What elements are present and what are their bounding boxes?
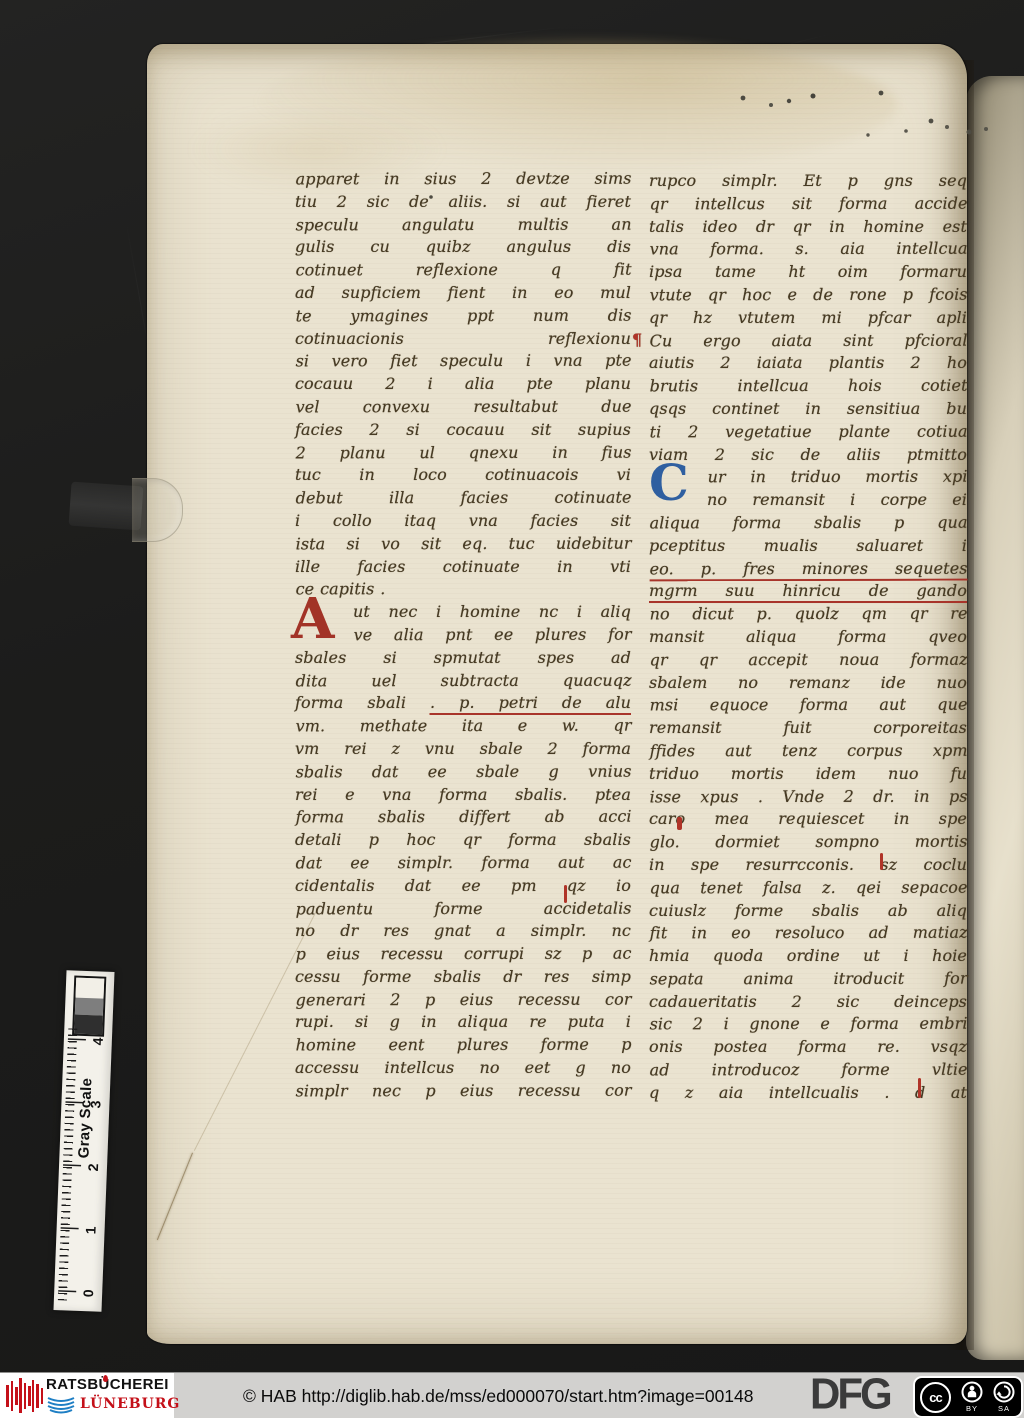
manuscript-line: pceptitus mualis saluaret i <box>649 535 967 558</box>
manuscript-line: vel convexu resultabut due <box>296 396 632 420</box>
ruler-tick-1: 1 <box>82 1222 99 1239</box>
ruler-tick-2: 2 <box>85 1159 102 1176</box>
manuscript-line: qr qr accepit noua formaz <box>650 648 968 671</box>
ruler-tick-4: 4 <box>90 1033 107 1050</box>
rubrication-mark <box>677 817 682 830</box>
manuscript-line: cadaueritatis 2 sic deinceps <box>649 991 967 1014</box>
cc-sa-label: SA <box>998 1404 1010 1413</box>
copyright-url: © HAB http://diglib.hab.de/mss/ed000070/… <box>243 1373 754 1418</box>
manuscript-line: ur in triduo mortis xpi <box>650 466 968 489</box>
rubrication-mark <box>564 885 567 903</box>
cc-by-person-icon <box>961 1381 983 1403</box>
umlaut-drop-icon <box>103 1375 108 1382</box>
manuscript-line: aiutis 2 iaiata plantis 2 ho <box>649 352 967 375</box>
manuscript-line: cotinuacionis reflexionu <box>295 328 631 351</box>
manuscript-line: ve alia pnt ee plures for <box>296 624 632 648</box>
manuscript-line: no dr res gnat a simplr. nc <box>295 920 631 943</box>
gray-patch-light <box>75 978 104 999</box>
manuscript-line: brutis intellcua hois cotiet <box>650 375 968 398</box>
manuscript-line: fit in eo resoluco ad matiaz <box>650 922 968 945</box>
rubrication-mark <box>918 1078 921 1098</box>
page-holder-clip <box>70 470 184 550</box>
manuscript-line: no dicut p. quolz qm qr re <box>650 603 968 626</box>
manuscript-line: simplr nec p eius recessu cor <box>296 1080 632 1104</box>
manuscript-line: vna forma. s. aia intellcua <box>650 238 968 261</box>
book-icon <box>46 1395 76 1415</box>
manuscript-page: A apparet in sius 2 devtze simstiu 2 sic… <box>147 44 967 1344</box>
text-column-right: C ¶ rupco simplr. Et p gns seqqr intellc… <box>649 170 967 1105</box>
manuscript-scan-photo: A apparet in sius 2 devtze simstiu 2 sic… <box>0 0 1024 1418</box>
manuscript-line: i collo itaq vna facies sit <box>295 510 631 533</box>
ink-specks <box>147 44 149 46</box>
manuscript-line: sic 2 i gnone e forma embri <box>650 1013 968 1036</box>
manuscript-line: ffides aut tenz corpus xpm <box>650 740 968 763</box>
manuscript-line: sbalem no remanz ide nuo <box>649 672 967 695</box>
clip-head <box>132 478 183 542</box>
manuscript-line: triduo mortis idem nuo fu <box>649 763 967 786</box>
cc-by-label: BY <box>966 1404 978 1413</box>
manuscript-line: ista si vo sit eq. tuc uidebitur <box>296 532 632 556</box>
manuscript-line: glo. dormiet sompno mortis <box>650 831 968 854</box>
manuscript-line: homine eent plures forme p <box>296 1034 632 1058</box>
rubrication-mark <box>880 853 883 870</box>
manuscript-line: qua tenet falsa z. qei sepacoe <box>650 876 968 899</box>
manuscript-line: caro mea requiescet in spe <box>649 808 967 831</box>
manuscript-line: msi equoce forma aut que <box>650 694 968 717</box>
manuscript-line: vtute qr hoc e de rone p fcois <box>650 284 968 307</box>
manuscript-line: tiu 2 sic de aliis. si aut fieret <box>295 191 631 214</box>
manuscript-line: rupco simplr. Et p gns seq <box>649 170 967 193</box>
manuscript-line: rupi. si g in aliqua re puta i <box>295 1011 631 1034</box>
manuscript-line: forma sbalis differt ab acci <box>296 806 632 830</box>
manuscript-line: ipsa tame ht oim formaru <box>649 261 967 284</box>
manuscript-line: ut nec i homine nc i aliq <box>295 601 631 624</box>
manuscript-line: viam 2 sic de aliis ptmitto <box>649 444 967 467</box>
manuscript-line: cotinuet reflexione q fit <box>296 259 632 283</box>
manuscript-line: ti 2 vegetatiue plante cotiua <box>650 420 968 443</box>
manuscript-line: in spe resurrcconis. sz coclu <box>649 854 967 877</box>
manuscript-line: qr hz vtutem mi pfcar apli <box>649 307 967 330</box>
manuscript-line: isse xpus . Vnde 2 dr. in ps <box>650 785 968 808</box>
manuscript-line: dita uel subtracta quacuqz <box>296 669 632 693</box>
library-city: LÜNEBURG <box>80 1396 180 1412</box>
manuscript-line: qsqs continet in sensitiua bu <box>649 398 967 421</box>
manuscript-line: speculu angulatu multis an <box>296 213 632 237</box>
manuscript-line: vm rei z vnu sbale 2 forma <box>295 738 631 761</box>
library-logo: RATSBÜCHEREI LÜNEBURG <box>0 1373 174 1418</box>
manuscript-line: te ymagines ppt num dis <box>296 304 632 328</box>
cc-by-item: BY <box>961 1381 983 1413</box>
manuscript-line: talis ideo dr qr in homine est <box>649 216 967 239</box>
manuscript-line: Cu ergo aiata sint pfcioral <box>650 329 968 352</box>
manuscript-line: generari 2 p eius recessu cor <box>296 988 632 1012</box>
manuscript-line: p eius recessu corrupi sz p ac <box>296 943 632 967</box>
manuscript-line: hmia quoda ordine ut i hoie <box>649 945 967 968</box>
manuscript-line: paduentu forme accidetalis <box>296 897 632 921</box>
rubric-paraph-mark: ¶ <box>632 330 642 349</box>
manuscript-line: cidentalis dat ee pm qz io <box>295 875 631 898</box>
ruler-tick-3: 3 <box>87 1096 104 1113</box>
manuscript-line: eo. p. fres minores sequetes <box>650 557 968 580</box>
manuscript-line: onis postea forma re. vsqz <box>649 1036 967 1059</box>
manuscript-line: sbales si spmutat spes ad <box>295 647 631 670</box>
manuscript-line: 2 planu ul qnexu in fius <box>296 441 632 465</box>
manuscript-line: no remansit i corpe ei <box>649 489 967 512</box>
manuscript-line: sepata anima itroducit for <box>650 968 968 991</box>
cc-sa-item: SA <box>993 1381 1015 1413</box>
manuscript-line: dat ee simplr. forma aut ac <box>296 852 632 876</box>
manuscript-line: sbalis dat ee sbale g vnius <box>296 760 632 784</box>
manuscript-line: si vero fiet speculu i vna pte <box>296 350 632 374</box>
manuscript-line: mansit aliqua forma qveo <box>649 626 967 649</box>
cc-icon: cc <box>920 1382 951 1413</box>
manuscript-line: rei e vna forma sbalis. ptea <box>295 784 631 807</box>
dfg-logo: DFG <box>810 1369 890 1418</box>
next-page-edge <box>966 76 1024 1360</box>
manuscript-line: cessu forme sbalis dr res simp <box>295 966 631 989</box>
library-logo-bars-icon <box>5 1376 45 1416</box>
manuscript-line: ille facies cotinuate in vti <box>295 556 631 579</box>
manuscript-line: forma sbali . p. petri de alu <box>295 692 631 715</box>
manuscript-line: ce capitis . <box>296 578 632 602</box>
ruler-tick-0: 0 <box>80 1285 97 1302</box>
manuscript-line: aliqua forma sbalis p qua <box>650 512 968 535</box>
grayscale-ruler: Gray Scale 4 3 2 1 0 <box>53 970 114 1312</box>
manuscript-line: tuc in loco cotinuacois vi <box>295 464 631 487</box>
manuscript-line: facies 2 si cocauu sit supius <box>295 419 631 442</box>
footer-bar: RATSBÜCHEREI LÜNEBURG © HAB http://digli… <box>0 1372 1024 1418</box>
manuscript-line: qr intellcus sit forma accide <box>650 192 968 215</box>
manuscript-line: apparet in sius 2 devtze sims <box>296 168 632 192</box>
manuscript-line: gulis cu quibz angulus dis <box>295 236 631 259</box>
manuscript-line: vm. methate ita e w. qr <box>296 715 632 739</box>
manuscript-line: cocauu 2 i alia pte planu <box>295 373 631 396</box>
grayscale-patches <box>72 976 106 1037</box>
manuscript-line: cuiuslz forme sbalis ab aliq <box>649 900 967 923</box>
manuscript-line: debut illa facies cotinuate <box>296 487 632 511</box>
manuscript-line: accessu intellcus no eet g no <box>295 1057 631 1080</box>
cc-license-badge: cc BY SA <box>913 1376 1023 1418</box>
gray-patch-mid <box>75 998 104 1016</box>
manuscript-line: ad supficiem fient in eo mul <box>295 282 631 305</box>
manuscript-line: mgrm suu hinricu de gando <box>649 580 967 603</box>
cc-sa-sharealike-icon <box>993 1381 1015 1403</box>
manuscript-line: detali p hoc qr forma sbalis <box>295 829 631 852</box>
text-column-left: A apparet in sius 2 devtze simstiu 2 sic… <box>295 168 631 1103</box>
manuscript-line: remansit fuit corporeitas <box>649 717 967 740</box>
